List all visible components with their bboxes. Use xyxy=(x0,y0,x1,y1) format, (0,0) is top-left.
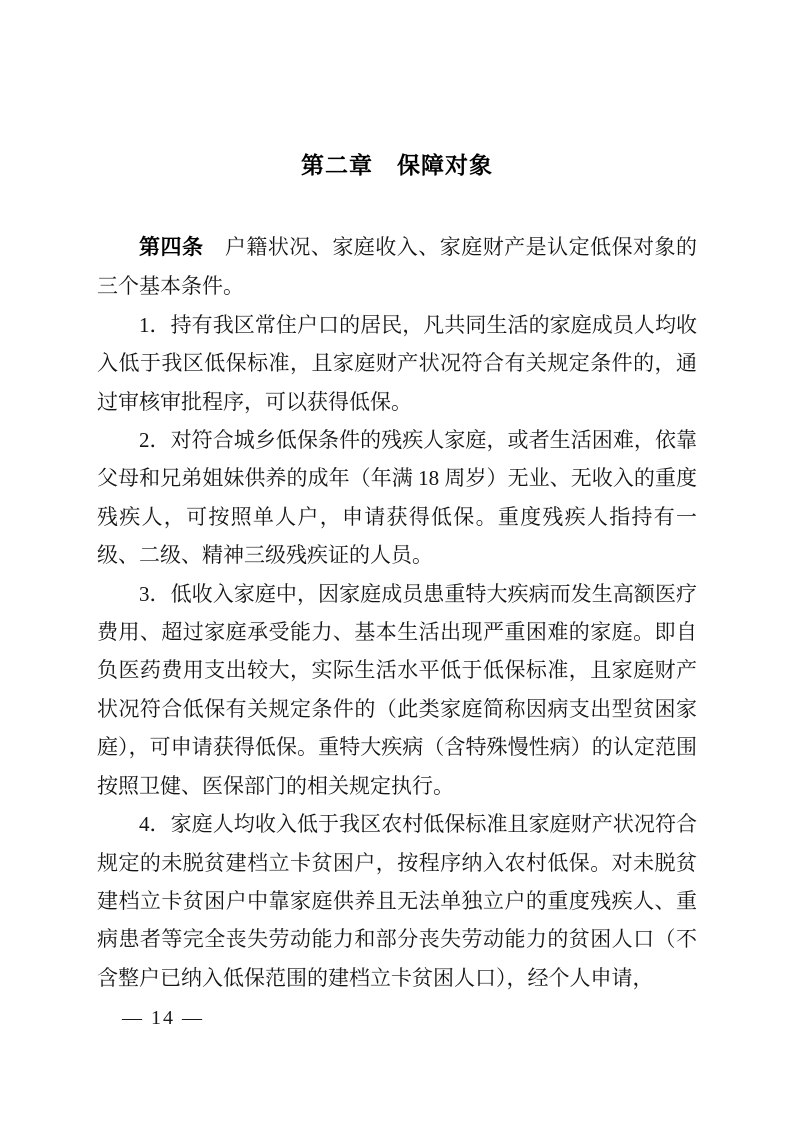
article-4-paragraph: 第四条 户籍状况、家庭收入、家庭财产是认定低保对象的三个基本条件。 xyxy=(97,228,697,306)
page-number: — 14 — xyxy=(122,1003,204,1033)
document-body: 第四条 户籍状况、家庭收入、家庭财产是认定低保对象的三个基本条件。 1．持有我区… xyxy=(97,228,697,997)
article-number: 第四条 xyxy=(139,236,203,259)
list-item-2: 2．对符合城乡低保条件的残疾人家庭，或者生活困难，依靠父母和兄弟姐妹供养的成年（… xyxy=(97,421,697,575)
list-item-4: 4．家庭人均收入低于我区农村低保标准且家庭财产状况符合规定的未脱贫建档立卡贫困户… xyxy=(97,805,697,997)
chapter-title: 第二章 保障对象 xyxy=(97,148,697,182)
document-page: 第二章 保障对象 第四条 户籍状况、家庭收入、家庭财产是认定低保对象的三个基本条… xyxy=(0,0,793,1122)
list-item-3: 3．低收入家庭中，因家庭成员患重特大疾病而发生高额医疗费用、超过家庭承受能力、基… xyxy=(97,575,697,805)
list-item-1: 1．持有我区常住户口的居民，凡共同生活的家庭成员人均收入低于我区低保标准，且家庭… xyxy=(97,306,697,421)
